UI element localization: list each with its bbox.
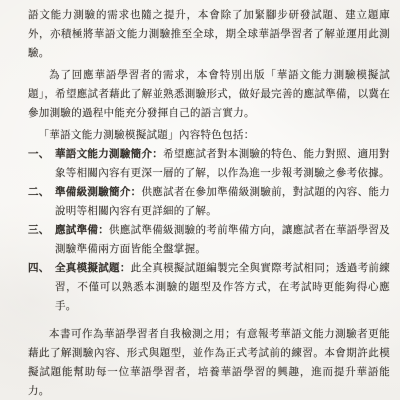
feature-item-3: 三、 應試準備：供應試準備級測驗的考前準備方向，讓應試者在華語學習及測驗準備兩方… [28,221,390,259]
feature-marker: 二、 [28,183,55,202]
feature-marker: 一、 [28,145,55,164]
intro-paragraph-2: 為了回應華語學習者的需求，本會特別出版「華語文能力測驗模擬試題」，希望應試者藉此… [28,66,390,123]
feature-item-4: 四、 全真模擬試題：此全真模擬試題編製完全與實際考試相同；透過考前練習，不僅可以… [28,259,390,316]
feature-body: 準備級測驗簡介：供應試者在參加準備級測驗前，對試題的內容、能力說明等相關內容有更… [55,183,390,221]
feature-title: 全真模擬試題： [55,262,131,274]
feature-marker: 四、 [28,259,55,278]
page-text-block: 語文能力測驗的需求也隨之提升，本會除了加緊腳步研發試題、建立題庫外，亦積極將華語… [28,6,390,400]
intro-paragraph-1: 語文能力測驗的需求也隨之提升，本會除了加緊腳步研發試題、建立題庫外，亦積極將華語… [28,6,390,63]
features-heading: 「華語文能力測驗模擬試題」內容特色包括： [28,126,390,145]
feature-body: 全真模擬試題：此全真模擬試題編製完全與實際考試相同；透過考前練習，不僅可以熟悉本… [55,259,390,316]
feature-title: 準備級測驗簡介： [55,186,141,198]
feature-marker: 三、 [28,221,55,240]
feature-title: 應試準備： [55,224,109,236]
feature-item-2: 二、 準備級測驗簡介：供應試者在參加準備級測驗前，對試題的內容、能力說明等相關內… [28,183,390,221]
closing-paragraph: 本書可作為華語學習者自我檢測之用；有意報考華語文能力測驗者更能藉此了解測驗內容、… [28,325,390,400]
feature-item-1: 一、 華語文能力測驗簡介：希望應試者對本測驗的特色、能力對照、適用對象等相關內容… [28,145,390,183]
scanned-document-page: 語文能力測驗的需求也隨之提升，本會除了加緊腳步研發試題、建立題庫外，亦積極將華語… [0,0,400,400]
feature-body: 應試準備：供應試準備級測驗的考前準備方向，讓應試者在華語學習及測驗準備兩方面皆能… [55,221,390,259]
feature-body: 華語文能力測驗簡介：希望應試者對本測驗的特色、能力對照、適用對象等相關內容有更深… [55,145,390,183]
features-list: 一、 華語文能力測驗簡介：希望應試者對本測驗的特色、能力對照、適用對象等相關內容… [28,145,390,316]
feature-title: 華語文能力測驗簡介： [55,148,163,160]
